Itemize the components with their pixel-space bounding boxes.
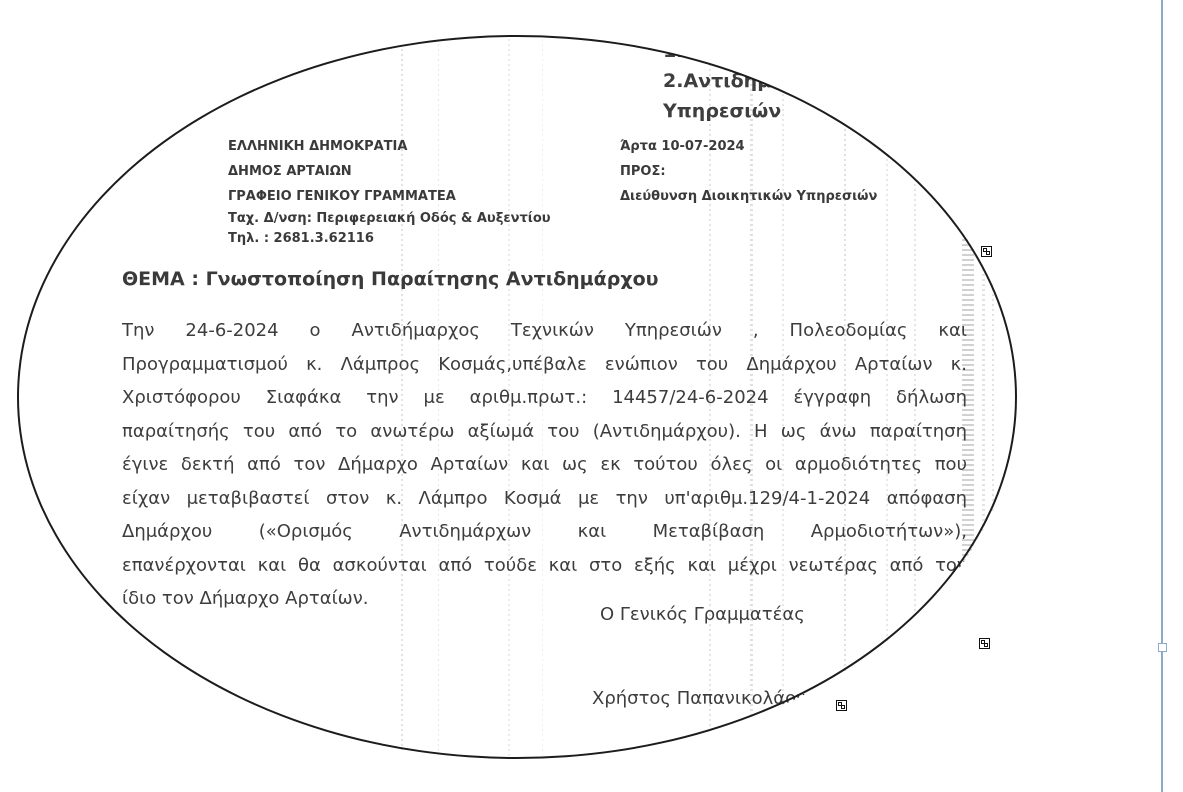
to-label: ΠΡΟΣ: bbox=[620, 159, 877, 184]
issuer-office: ΓΡΑΦΕΙΟ ΓΕΝΙΚΟΥ ΓΡΑΜΜΑΤΕΑ bbox=[228, 184, 551, 209]
frame-resize-handle[interactable] bbox=[1158, 643, 1167, 652]
recipient-2-cont: Υπηρεσιών bbox=[663, 96, 973, 126]
issuer-phone: Τηλ. : 2681.3.62116 bbox=[228, 229, 551, 249]
issuer-municipality: ΔΗΜΟΣ ΑΡΤΑΙΩΝ bbox=[228, 159, 551, 184]
recipient-2: 2.Αντιδήμαρχος Διοικητικών bbox=[663, 66, 973, 96]
anchor-icon[interactable] bbox=[979, 638, 990, 649]
body-line: Προγραμματισμού κ. Λάμπρος Κοσμάς,υπέβαλ… bbox=[122, 348, 967, 382]
document-date: Άρτα 10-07-2024 bbox=[620, 134, 877, 159]
body-line: έγινε δεκτή από τον Δήμαρχο Αρταίων και … bbox=[122, 448, 967, 482]
anchor-icon[interactable] bbox=[836, 700, 847, 711]
recipient-1: 1.Γραφείο Δημάρχου bbox=[663, 36, 973, 66]
text-frame-boundary bbox=[1161, 0, 1163, 792]
document-body: Την 24-6-2024 ο Αντιδήμαρχος Τεχνικών Υπ… bbox=[122, 314, 967, 616]
body-line: παραίτησής του από το ανωτέρω αξίωμά του… bbox=[122, 415, 967, 449]
signatory-name: Χρήστος Παπανικολάου bbox=[592, 688, 807, 709]
signatory-title: Ο Γενικός Γραμματέας bbox=[600, 604, 805, 625]
anchor-icon[interactable] bbox=[981, 246, 992, 257]
to-value: Διεύθυνση Διοικητικών Υπηρεσιών bbox=[620, 184, 877, 209]
body-line: Την 24-6-2024 ο Αντιδήμαρχος Τεχνικών Υπ… bbox=[122, 314, 967, 348]
addressee-header: Άρτα 10-07-2024 ΠΡΟΣ: Διεύθυνση Διοικητι… bbox=[620, 134, 877, 209]
ellipse-clipped-image[interactable]: 1.Γραφείο Δημάρχου 2.Αντιδήμαρχος Διοικη… bbox=[18, 36, 1018, 760]
body-line: είχαν μεταβιβαστεί στον κ. Λάμπρο Κοσμά … bbox=[122, 482, 967, 516]
recipients-list: 1.Γραφείο Δημάρχου 2.Αντιδήμαρχος Διοικη… bbox=[663, 36, 973, 126]
document-subject: ΘΕΜΑ : Γνωστοποίηση Παραίτησης Αντιδημάρ… bbox=[122, 268, 658, 290]
scanned-document: 1.Γραφείο Δημάρχου 2.Αντιδήμαρχος Διοικη… bbox=[18, 36, 1018, 760]
signature-overflow-text: έας bbox=[852, 692, 884, 713]
editor-canvas: 1.Γραφείο Δημάρχου 2.Αντιδήμαρχος Διοικη… bbox=[0, 0, 1183, 792]
issuer-address: Ταχ. Δ/νση: Περιφερειακή Οδός & Αυξεντίο… bbox=[228, 209, 551, 229]
issuer-header: ΕΛΛΗΝΙΚΗ ΔΗΜΟΚΡΑΤΙΑ ΔΗΜΟΣ ΑΡΤΑΙΩΝ ΓΡΑΦΕΙ… bbox=[228, 134, 551, 249]
body-line: επανέρχονται και θα ασκούνται από τούδε … bbox=[122, 549, 967, 583]
body-line: Δημάρχου («Ορισμός Αντιδημάρχων και Μετα… bbox=[122, 515, 967, 549]
issuer-country: ΕΛΛΗΝΙΚΗ ΔΗΜΟΚΡΑΤΙΑ bbox=[228, 134, 551, 159]
body-line: ίδιο τον Δήμαρχο Αρταίων. bbox=[122, 582, 967, 616]
body-line: Χριστόφορου Σιαφάκα την με αριθμ.πρωτ.: … bbox=[122, 381, 967, 415]
